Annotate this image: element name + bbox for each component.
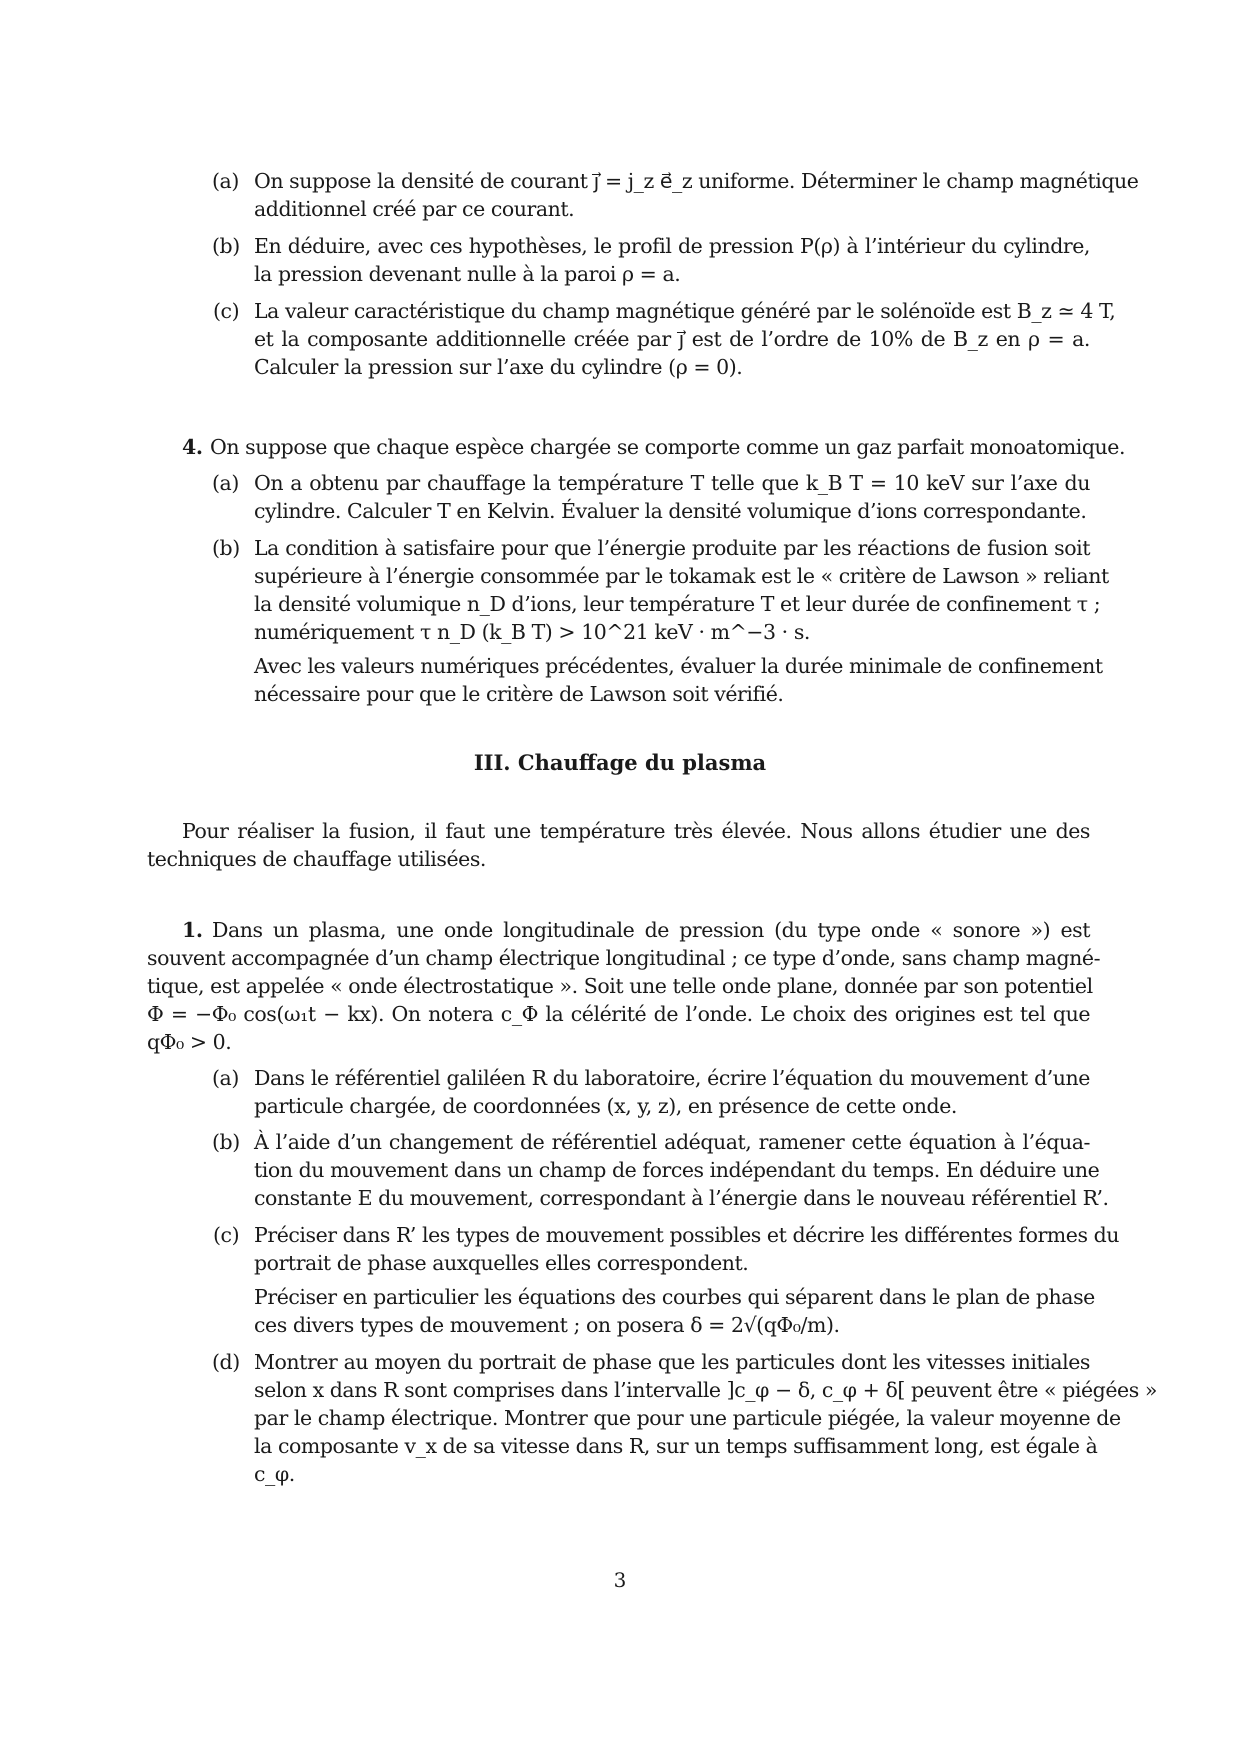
question-1-line-3: tique, est appelée « onde électrostatiqu… (147, 972, 1090, 1000)
intro-paragraph-line-2: techniques de chauffage utilisées. (147, 845, 486, 873)
question-1-line-5: qΦ₀ > 0. (147, 1028, 231, 1056)
item-label-1c: (c) (213, 1221, 239, 1249)
item-4a-line-1: On a obtenu par chauffage la température… (254, 469, 1090, 497)
question-1-number: 1. (182, 916, 203, 944)
page-number: 3 (0, 1568, 1240, 1592)
item-4a-line-2: cylindre. Calculer T en Kelvin. Évaluer … (254, 497, 1086, 525)
question-4-number: 4. (182, 433, 203, 461)
item-label-1d: (d) (212, 1348, 240, 1376)
item-4b-line-1: La condition à satisfaire pour que l’éne… (254, 534, 1090, 562)
item-3b-line-2: la pression devenant nulle à la paroi ρ … (254, 260, 680, 288)
item-3c-line-2: et la composante additionnelle créée par… (254, 325, 1090, 353)
item-label-3c: (c) (213, 297, 239, 325)
item-label-4b: (b) (212, 534, 240, 562)
item-4b-line-3: la densité volumique n_D d’ions, leur te… (254, 590, 1090, 618)
item-label-1a: (a) (212, 1064, 239, 1092)
item-4b-continuation-2: nécessaire pour que le critère de Lawson… (254, 680, 784, 708)
item-3c-line-1: La valeur caractéristique du champ magné… (254, 297, 1090, 325)
question-1-line-2: souvent accompagnée d’un champ électriqu… (147, 944, 1090, 972)
item-1d-line-1: Montrer au moyen du portrait de phase qu… (254, 1348, 1090, 1376)
item-label-3b: (b) (212, 232, 240, 260)
item-1a-line-2: particule chargée, de coordonnées (x, y,… (254, 1092, 957, 1120)
question-1-line-1: Dans un plasma, une onde longitudinale d… (212, 916, 1090, 944)
item-1c-line-2: portrait de phase auxquelles elles corre… (254, 1249, 748, 1277)
item-1d-line-3: par le champ électrique. Montrer que pou… (254, 1404, 1090, 1432)
item-3a-line-2: additionnel créé par ce courant. (254, 195, 574, 223)
question-1-line-4: Φ = −Φ₀ cos(ω₁t − kx). On notera c_Φ la … (147, 1000, 1090, 1028)
item-label-3a: (a) (212, 167, 239, 195)
document-page: (a) On suppose la densité de courant j⃗ … (0, 0, 1240, 1754)
item-1b-line-1: À l’aide d’un changement de référentiel … (254, 1128, 1090, 1156)
question-4-intro: On suppose que chaque espèce chargée se … (210, 433, 1090, 461)
item-label-4a: (a) (212, 469, 239, 497)
item-1c-continuation-1: Préciser en particulier les équations de… (254, 1283, 1090, 1311)
item-4b-continuation-1: Avec les valeurs numériques précédentes,… (254, 652, 1090, 680)
section-heading: III. Chauffage du plasma (0, 749, 1240, 777)
item-label-1b: (b) (212, 1128, 240, 1156)
item-1d-line-2: selon x dans R sont comprises dans l’int… (254, 1376, 1090, 1404)
item-3b-line-1: En déduire, avec ces hypothèses, le prof… (254, 232, 1090, 260)
item-1c-line-1: Préciser dans R’ les types de mouvement … (254, 1221, 1090, 1249)
item-4b-line-4: numériquement τ n_D (k_B T) > 10^21 keV … (254, 618, 810, 646)
item-1a-line-1: Dans le référentiel galiléen R du labora… (254, 1064, 1090, 1092)
item-1c-continuation-2: ces divers types de mouvement ; on poser… (254, 1311, 840, 1339)
item-3c-line-3: Calculer la pression sur l’axe du cylind… (254, 353, 742, 381)
item-1d-line-4: la composante v_x de sa vitesse dans R, … (254, 1432, 1090, 1460)
item-1b-line-2: tion du mouvement dans un champ de force… (254, 1156, 1090, 1184)
intro-paragraph-line-1: Pour réaliser la fusion, il faut une tem… (182, 817, 1090, 845)
item-4b-line-2: supérieure à l’énergie consommée par le … (254, 562, 1090, 590)
item-1d-line-5: c_φ. (254, 1460, 295, 1488)
item-3a-line-1: On suppose la densité de courant j⃗ = j_… (254, 167, 1090, 195)
item-1b-line-3: constante E du mouvement, correspondant … (254, 1184, 1090, 1212)
